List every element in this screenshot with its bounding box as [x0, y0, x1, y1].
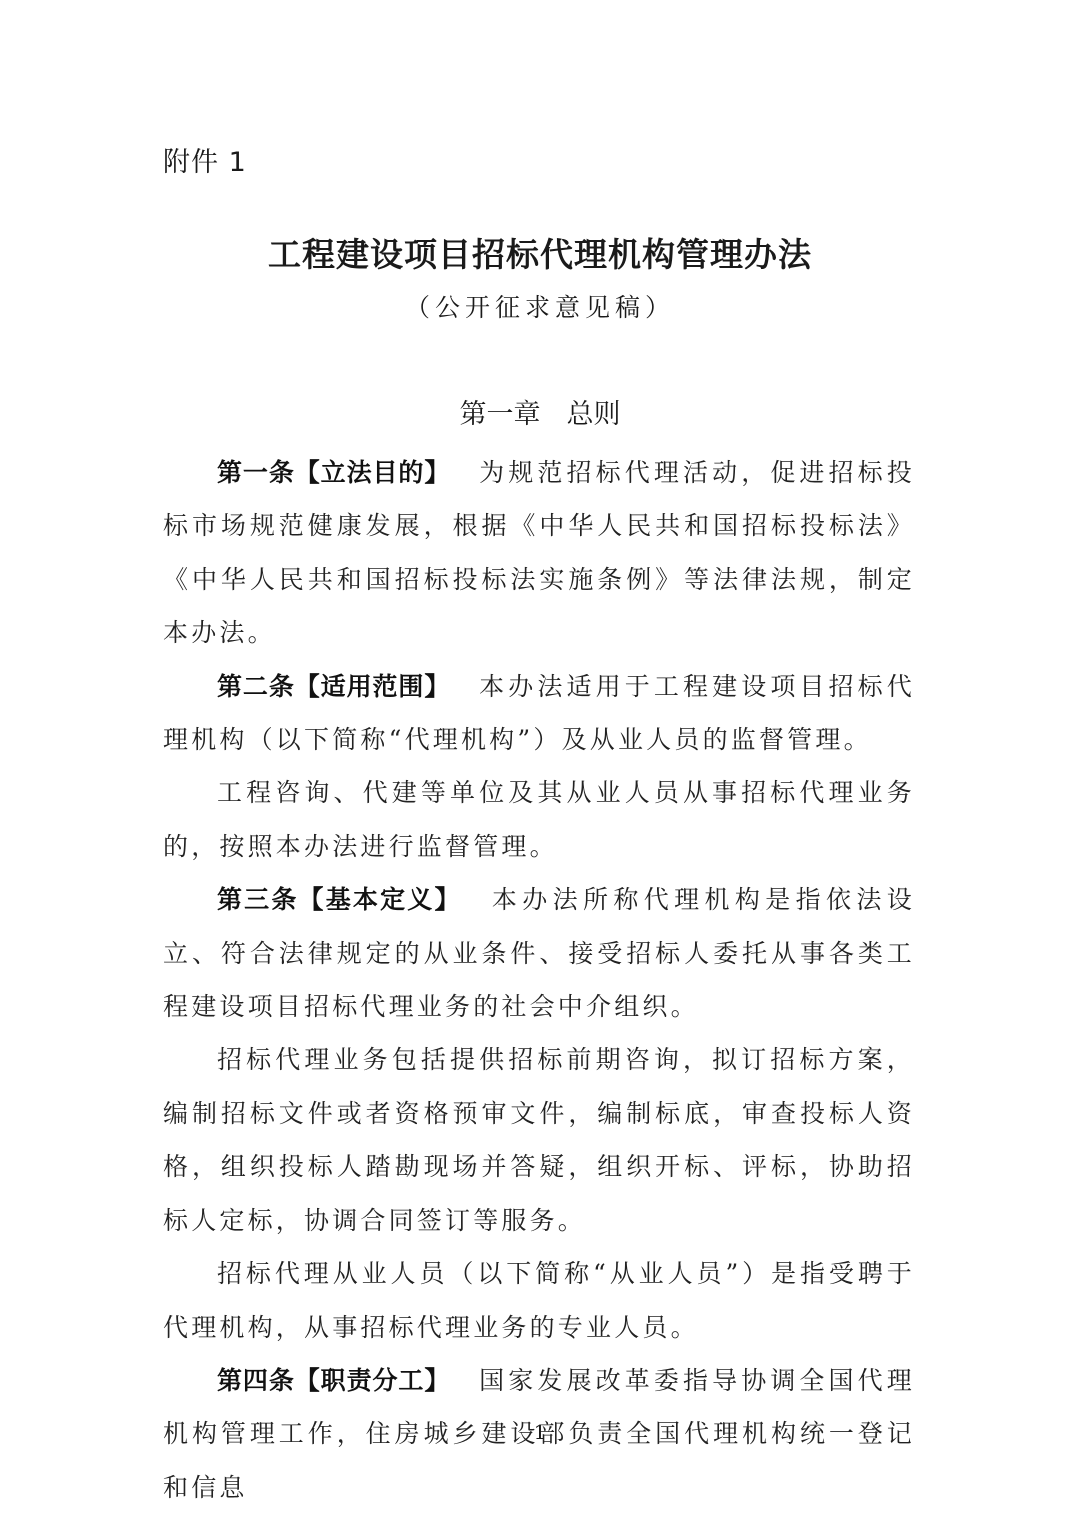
page-number: 1 — [0, 1418, 1080, 1446]
attachment-label: 附件 1 — [163, 143, 247, 183]
article-2-clause-2: 工程咨询、代建等单位及其从业人员从事招标代理业务的，按照本办法进行监督管理。 — [163, 766, 915, 873]
article-1: 第一条【立法目的】为规范招标代理活动，促进招标投标市场规范健康发展，根据《中华人… — [163, 446, 915, 660]
document-body: 第一条【立法目的】为规范招标代理活动，促进招标投标市场规范健康发展，根据《中华人… — [163, 446, 915, 1514]
paragraph-text: 工程咨询、代建等单位及其从业人员从事招标代理业务的，按照本办法进行监督管理。 — [163, 778, 915, 860]
article-heading: 第四条【职责分工】 — [217, 1366, 450, 1395]
article-3-clause-3: 招标代理从业人员（以下简称“从业人员”）是指受聘于代理机构，从事招标代理业务的专… — [163, 1247, 915, 1354]
chapter-name: 总则 — [567, 399, 621, 430]
chapter-heading: 第一章总则 — [0, 393, 1080, 437]
document-page: 附件 1 工程建设项目招标代理机构管理办法 （公开征求意见稿） 第一章总则 第一… — [0, 0, 1080, 1527]
article-3-clause-2: 招标代理业务包括提供招标前期咨询，拟订招标方案，编制招标文件或者资格预审文件，编… — [163, 1033, 915, 1247]
chapter-number: 第一章 — [460, 399, 541, 430]
paragraph-text: 招标代理业务包括提供招标前期咨询，拟订招标方案，编制招标文件或者资格预审文件，编… — [163, 1045, 915, 1234]
paragraph-text: 招标代理从业人员（以下简称“从业人员”）是指受聘于代理机构，从事招标代理业务的专… — [163, 1259, 915, 1341]
article-heading: 第一条【立法目的】 — [217, 458, 450, 487]
article-3: 第三条【基本定义】本办法所称代理机构是指依法设立、符合法律规定的从业条件、接受招… — [163, 873, 915, 1033]
document-subtitle: （公开征求意见稿） — [0, 288, 1080, 328]
article-2: 第二条【适用范围】本办法适用于工程建设项目招标代理机构（以下简称“代理机构”）及… — [163, 660, 915, 767]
article-heading: 第二条【适用范围】 — [217, 672, 450, 701]
document-title: 工程建设项目招标代理机构管理办法 — [0, 230, 1080, 280]
article-heading: 第三条【基本定义】 — [217, 885, 462, 914]
